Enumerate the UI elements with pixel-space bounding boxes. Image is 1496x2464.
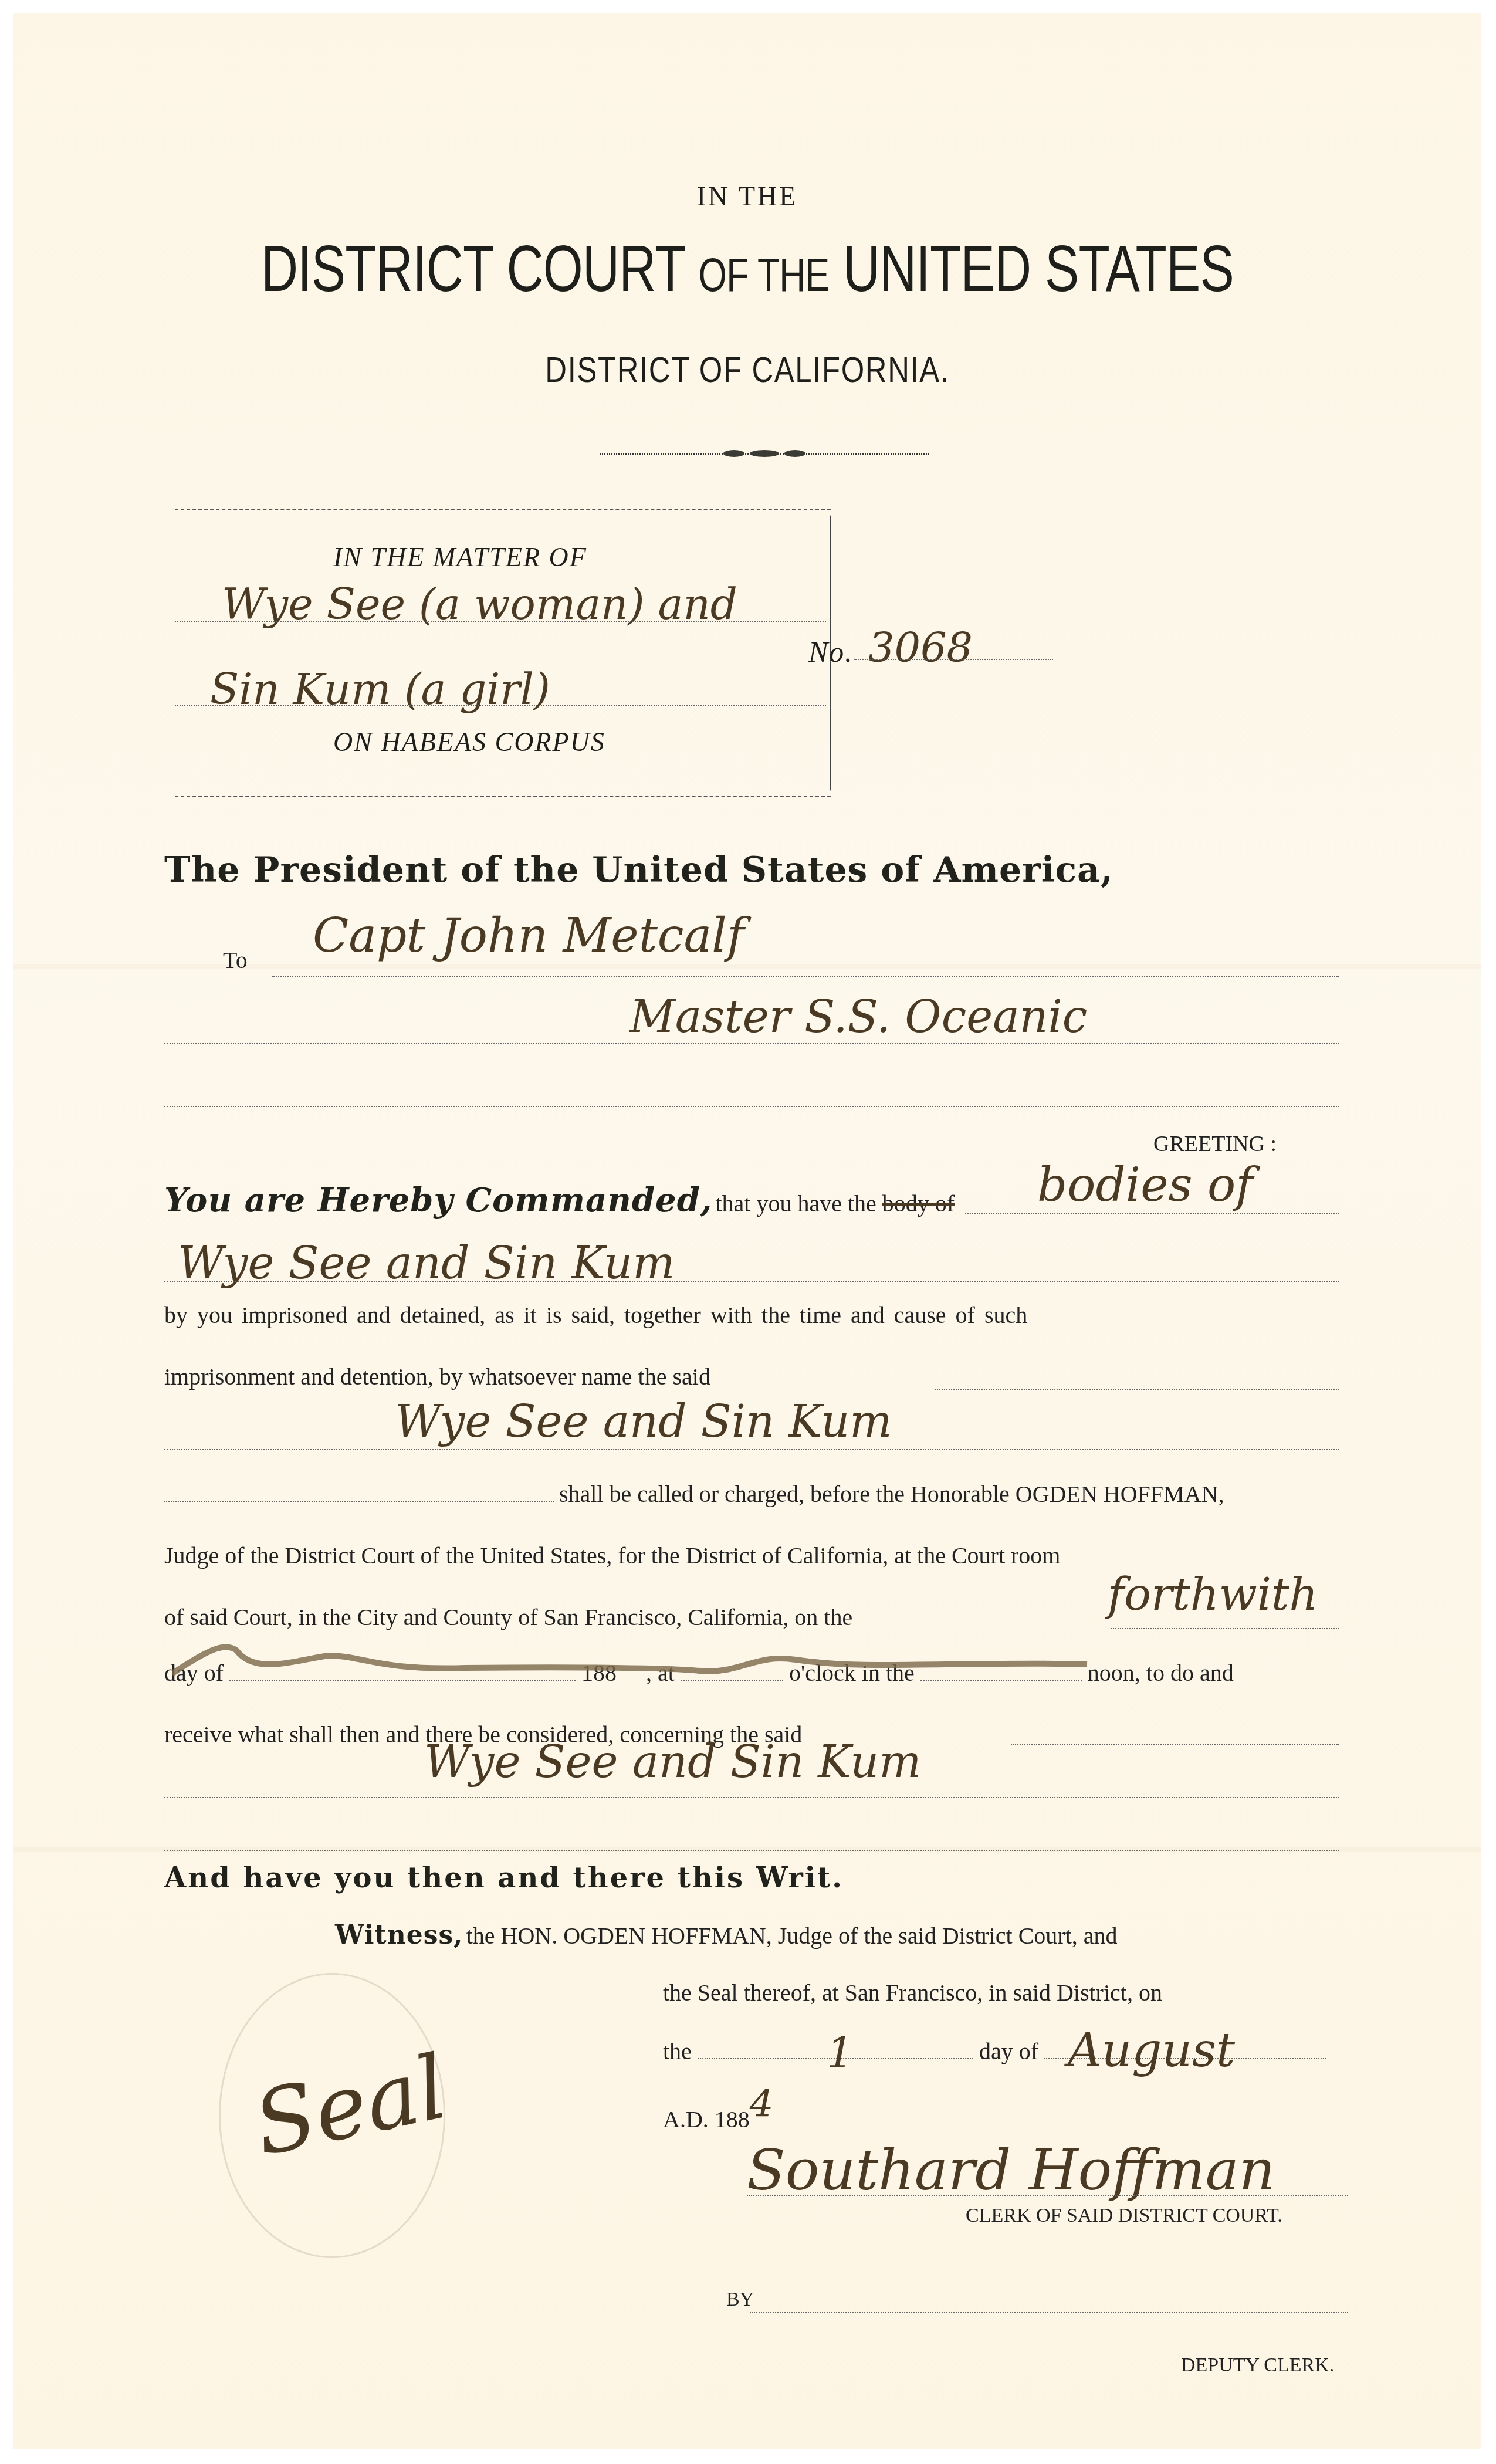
- command-line-3: by you imprisoned and detained, as it is…: [164, 1301, 1027, 1329]
- hand-forthwith: forthwith: [1108, 1568, 1318, 1620]
- addressee-title: Master S.S. Oceanic: [629, 990, 1087, 1043]
- court-title: DISTRICT COURT OF THE UNITED STATES: [13, 231, 1481, 306]
- case-caption: IN THE MATTER OF Wye See (a woman) and S…: [175, 509, 831, 797]
- sovereign-heading: The President of the United States of Am…: [164, 849, 1113, 891]
- writ-document: IN THE DISTRICT COURT OF THE UNITED STAT…: [13, 13, 1481, 2449]
- clerk-title: CLERK OF SAID DISTRICT COURT.: [966, 2205, 1282, 2227]
- case-number: No. 3068: [808, 624, 973, 672]
- case-no-value: 3068: [868, 624, 973, 672]
- command-line-6: Judge of the District Court of the Unite…: [164, 1542, 1060, 1569]
- to-label: To: [223, 946, 248, 974]
- writ-line: And have you then and there this Writ.: [164, 1861, 844, 1894]
- strikethrough-scribble: [172, 1639, 1169, 1685]
- clerk-signature: Southard Hoffman: [747, 2137, 1275, 2203]
- in-the-matter-of-label: IN THE MATTER OF: [333, 541, 587, 573]
- day-value: 1: [827, 2029, 854, 2078]
- witness-date-line: the 1 day of August: [663, 2037, 1326, 2065]
- party-name-2: Sin Kum (a girl): [210, 665, 550, 714]
- addressee-name: Capt John Metcalf: [313, 908, 744, 963]
- ornament-divider: [600, 450, 929, 458]
- hand-bodies-of: bodies of: [1037, 1157, 1253, 1212]
- deputy-title: DEPUTY CLERK.: [1181, 2354, 1334, 2377]
- command-lead: You are Hereby Commanded,: [164, 1181, 712, 1220]
- by-label: BY: [726, 2289, 754, 2311]
- witness-lead: Witness,: [335, 1920, 463, 1950]
- witness-line-1: Witness, the HON. OGDEN HOFFMAN, Judge o…: [335, 1920, 1118, 1950]
- hand-names-3: Wye See and Sin Kum: [424, 1735, 921, 1788]
- hand-names-2: Wye See and Sin Kum: [395, 1395, 892, 1447]
- district-title: DISTRICT OF CALIFORNIA.: [145, 349, 1349, 391]
- header-in-the: IN THE: [13, 181, 1481, 212]
- command-line-1: You are Hereby Commanded, that you have …: [164, 1181, 955, 1220]
- greeting-label: GREETING :: [1153, 1131, 1277, 1157]
- command-line-7: of said Court, in the City and County of…: [164, 1603, 852, 1631]
- command-line-4: imprisonment and detention, by whatsoeve…: [164, 1363, 710, 1390]
- court-title-part3: UNITED STATES: [843, 232, 1234, 305]
- witness-line-2: the Seal thereof, at San Francisco, in s…: [663, 1979, 1162, 2006]
- court-title-part2: OF THE: [698, 249, 829, 301]
- on-habeas-corpus-label: ON HABEAS CORPUS: [333, 726, 605, 757]
- ad-year: A.D. 1884: [663, 2093, 774, 2137]
- court-title-part1: DISTRICT COURT: [261, 232, 685, 305]
- month-value: August: [1068, 2023, 1235, 2077]
- case-no-label: No.: [808, 635, 854, 668]
- struck-body-of: body of: [882, 1190, 955, 1217]
- command-line-5: shall be called or charged, before the H…: [559, 1480, 1224, 1508]
- year-suffix: 4: [750, 2083, 774, 2126]
- deputy-signature-line: [750, 2312, 1348, 2313]
